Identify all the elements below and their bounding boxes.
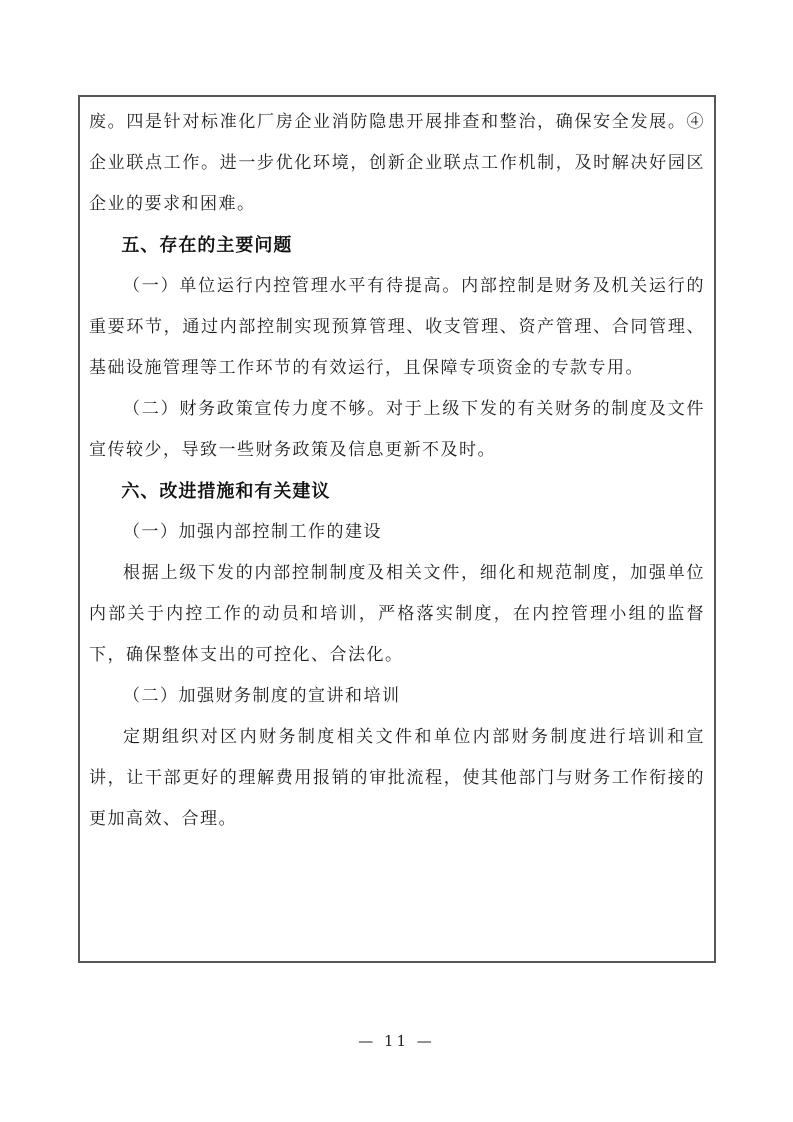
section-heading-improvement-measures: 六、改进措施和有关建议 <box>89 471 705 512</box>
paragraph-continued-from-previous-page: 废。四是针对标准化厂房企业消防隐患开展排查和整治，确保安全发展。④企业联点工作。… <box>89 102 705 225</box>
paragraph-problem-2: （二）财务政策宣传力度不够。对于上级下发的有关财务的制度及文件宣传较少，导致一些… <box>89 389 705 471</box>
page-number: — 11 — <box>0 1032 793 1050</box>
document-page: 废。四是针对标准化厂房企业消防隐患开展排查和整治，确保安全发展。④企业联点工作。… <box>0 0 793 1122</box>
section-heading-existing-problems: 五、存在的主要问题 <box>89 225 705 266</box>
paragraph-measure-1-detail: 根据上级下发的内部控制制度及相关文件，细化和规范制度，加强单位内部关于内控工作的… <box>89 553 705 676</box>
subheading-measure-1: （一）加强内部控制工作的建设 <box>89 512 705 553</box>
paragraph-measure-2-detail: 定期组织对区内财务制度相关文件和单位内部财务制度进行培训和宣讲，让干部更好的理解… <box>89 717 705 840</box>
paragraph-problem-1: （一）单位运行内控管理水平有待提高。内部控制是财务及机关运行的重要环节，通过内部… <box>89 266 705 389</box>
subheading-measure-2: （二）加强财务制度的宣讲和培训 <box>89 676 705 717</box>
report-table-cell: 废。四是针对标准化厂房企业消防隐患开展排查和整治，确保安全发展。④企业联点工作。… <box>78 95 716 963</box>
